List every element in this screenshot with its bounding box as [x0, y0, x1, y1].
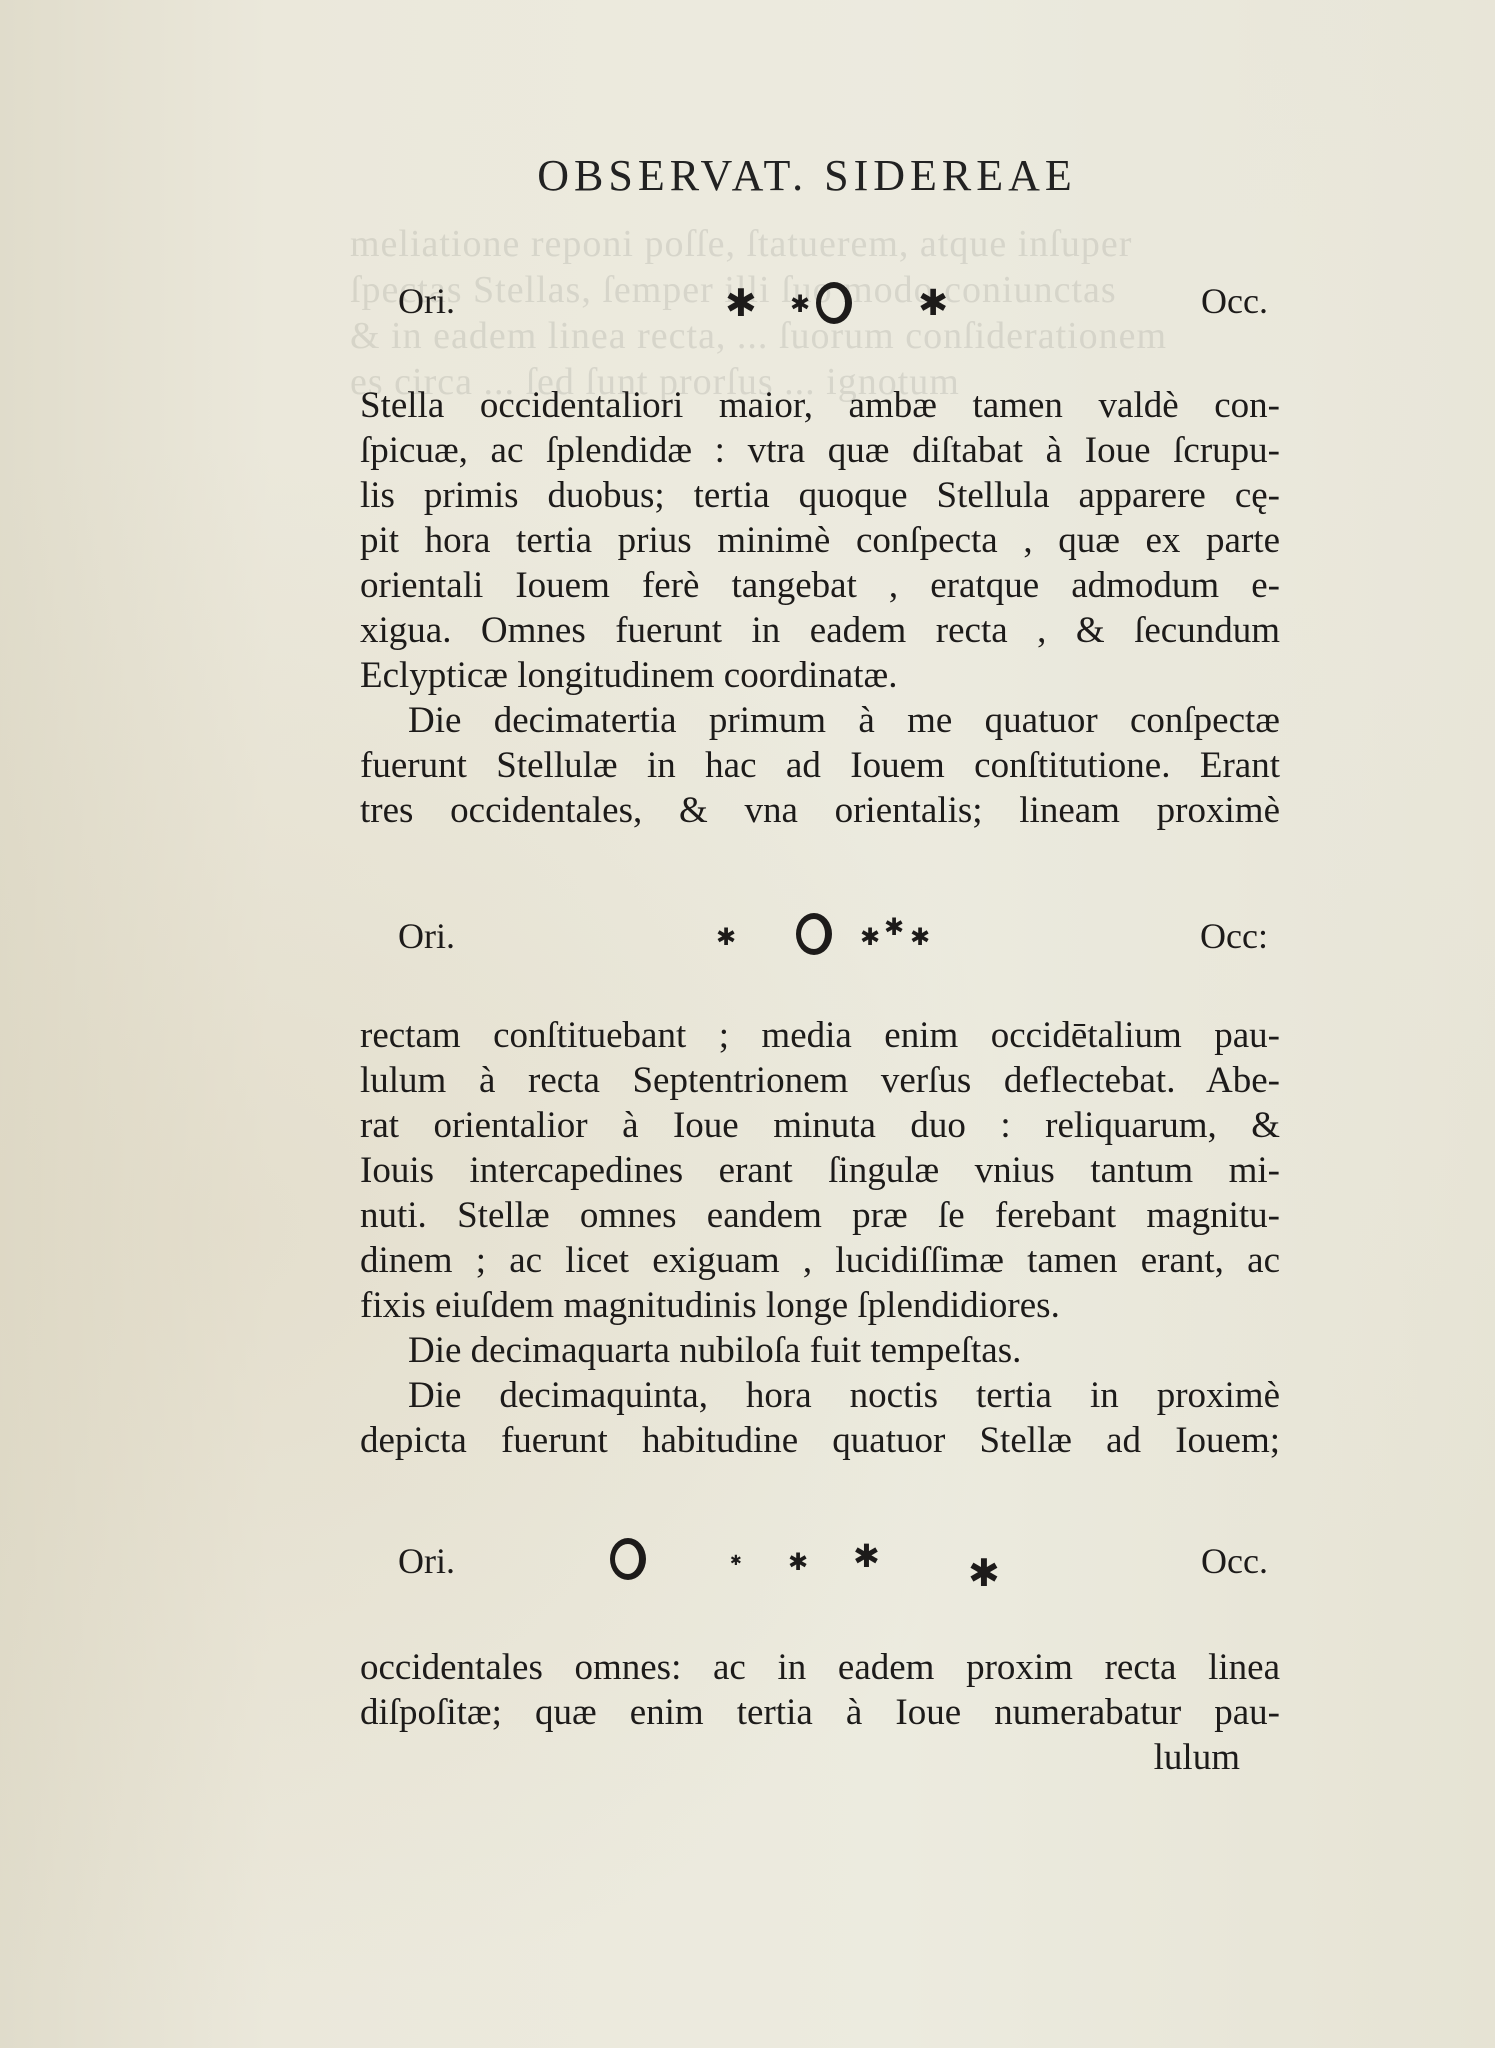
star-icon: ✱: [788, 1550, 808, 1574]
jupiter-circle-icon: [610, 1538, 646, 1580]
text-line: tres occidentales, & vna orientalis; lin…: [360, 788, 1280, 833]
text-line: diſpoſitæ; quæ enim tertia à Ioue numera…: [360, 1690, 1280, 1735]
star-icon: ✱: [910, 925, 930, 949]
text-line: Die decimaquarta nubiloſa fuit tempeſtas…: [360, 1328, 1280, 1373]
label-west: Occ.: [1201, 1540, 1268, 1582]
paragraph-2: rectam conſtituebant ; media enim occidē…: [360, 1013, 1280, 1463]
text-line: Iouis intercapedines erant ſingulæ vnius…: [360, 1148, 1280, 1193]
star-icon: ✱: [790, 292, 810, 316]
book-page: meliatione reponi poſſe, ſtatuerem, atqu…: [0, 0, 1495, 2048]
text-line: rat orientalior à Ioue minuta duo : reli…: [360, 1103, 1280, 1148]
star-icon: ✱: [884, 915, 904, 939]
paragraph-1: Stella occidentaliori maior, ambæ tamen …: [360, 383, 1280, 833]
text-line: ſpicuæ, ac ſplendidæ : vtra quæ diſtabat…: [360, 428, 1280, 473]
jupiter-diagram-1: Ori. ✱ ✱ ✱ Occ.: [398, 270, 1268, 340]
text-line: Die decimatertia primum à me quatuor con…: [360, 698, 1280, 743]
text-line: depicta fuerunt habitudine quatuor Stell…: [360, 1418, 1280, 1463]
jupiter-diagram-2: Ori. ✱ ✱ ✱ ✱ Occ:: [398, 905, 1268, 975]
text-line: dinem ; ac licet exiguam , lucidiſſimæ t…: [360, 1238, 1280, 1283]
catchword: lulum: [360, 1735, 1280, 1780]
star-icon: ✱: [968, 1554, 1000, 1592]
text-line: fuerunt Stellulæ in hac ad Iouem conſtit…: [360, 743, 1280, 788]
jupiter-circle-icon: [796, 913, 832, 955]
star-icon: ✱: [918, 286, 948, 322]
jupiter-circle-icon: [816, 282, 852, 324]
text-line: rectam conſtituebant ; media enim occidē…: [360, 1013, 1280, 1058]
label-west: Occ:: [1200, 915, 1268, 957]
text-line: nuti. Stellæ omnes eandem præ ſe fereban…: [360, 1193, 1280, 1238]
label-east: Ori.: [398, 915, 455, 957]
paragraph-3: occidentales omnes: ac in eadem proxim r…: [360, 1645, 1280, 1780]
text-line: lulum à recta Septentrionem verſus defle…: [360, 1058, 1280, 1103]
text-line: Die decimaquinta, hora noctis tertia in …: [360, 1373, 1280, 1418]
text-line: Eclypticæ longitudinem coordinatæ.: [360, 653, 1280, 698]
star-icon: ✱: [730, 1554, 742, 1568]
text-line: Stella occidentaliori maior, ambæ tamen …: [360, 383, 1280, 428]
text-line: occidentales omnes: ac in eadem proxim r…: [360, 1645, 1280, 1690]
star-icon: ✱: [725, 284, 757, 322]
star-icon: ✱: [716, 925, 736, 949]
text-line: fixis eiuſdem magnitudinis longe ſplendi…: [360, 1283, 1280, 1328]
text-line: xigua. Omnes fuerunt in eadem recta , & …: [360, 608, 1280, 653]
star-icon: ✱: [853, 1540, 880, 1572]
jupiter-diagram-3: Ori. ✱ ✱ ✱ ✱ Occ.: [398, 1530, 1268, 1600]
label-east: Ori.: [398, 1540, 455, 1582]
show-through-text: meliatione reponi poſſe, ſtatuerem, atqu…: [350, 222, 1132, 266]
running-head: OBSERVAT. SIDEREAE: [522, 150, 1092, 201]
text-line: pit hora tertia prius minimè conſpecta ,…: [360, 518, 1280, 563]
label-east: Ori.: [398, 280, 455, 322]
text-line: orientali Iouem ferè tangebat , eratque …: [360, 563, 1280, 608]
label-west: Occ.: [1201, 280, 1268, 322]
star-icon: ✱: [860, 925, 880, 949]
text-line: lis primis duobus; tertia quoque Stellul…: [360, 473, 1280, 518]
